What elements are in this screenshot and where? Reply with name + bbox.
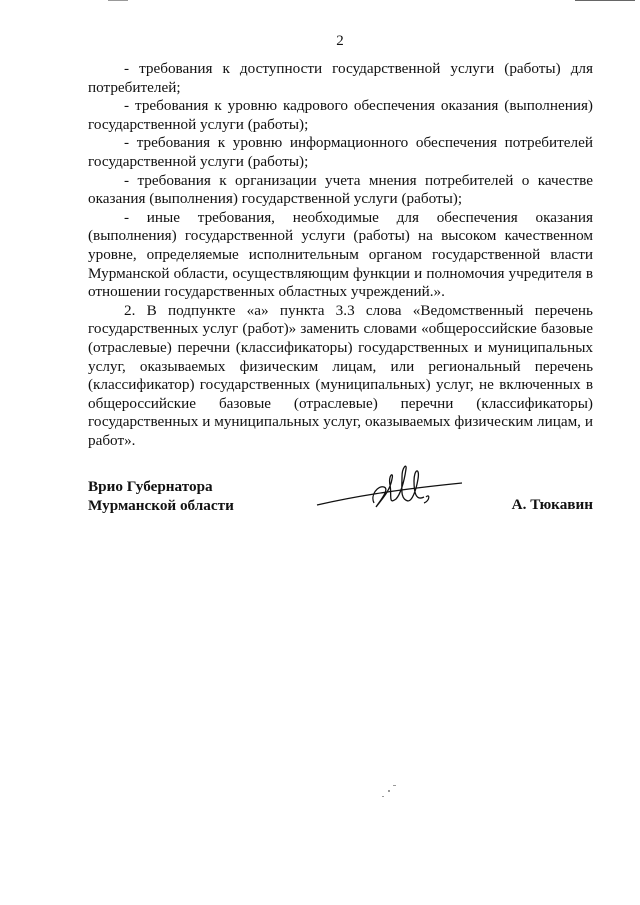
position-line-2: Мурманской области	[88, 497, 234, 516]
paragraph-feedback-requirements: - требования к организации учета мнения …	[88, 172, 593, 209]
paragraph-staffing-requirements: - требования к уровню кадрового обеспече…	[88, 97, 593, 134]
position-line-1: Врио Губернатора	[88, 478, 234, 497]
handwritten-signature-icon	[312, 455, 472, 515]
document-body: - требования к доступности государственн…	[88, 60, 593, 450]
signatory-name: А. Тюкавин	[512, 496, 593, 515]
document-page: 2 - требования к доступности государстве…	[0, 0, 640, 905]
scan-artifact	[575, 0, 635, 1]
scan-artifact	[108, 0, 128, 1]
page-number: 2	[0, 33, 640, 50]
paragraph-information-requirements: - требования к уровню информационного об…	[88, 134, 593, 171]
paragraph-accessibility-requirements: - требования к доступности государственн…	[88, 60, 593, 97]
signatory-position: Врио Губернатора Мурманской области	[88, 478, 234, 515]
paragraph-amendment-2: 2. В подпункте «а» пункта 3.3 слова «Вед…	[88, 302, 593, 451]
scan-artifact	[393, 785, 396, 786]
scan-artifact	[388, 790, 390, 792]
scan-artifact	[382, 796, 384, 797]
paragraph-other-requirements: - иные требования, необходимые для обесп…	[88, 209, 593, 302]
